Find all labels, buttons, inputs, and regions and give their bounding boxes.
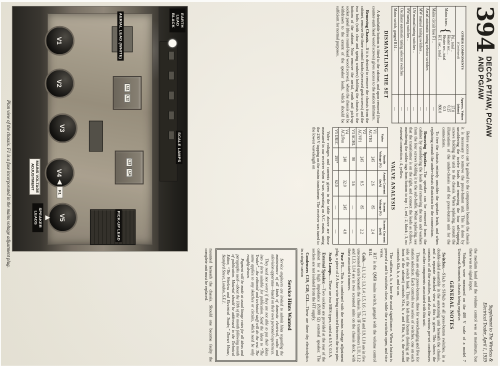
valve-analysis-heading: VALVE ANALYSIS	[390, 127, 396, 244]
service-hints-paragraph: They need not worry if they are not able…	[246, 254, 269, 355]
component-tag: L14	[126, 168, 132, 177]
scale-lamps-paragraph: Scale Lamps.—These are two MES types, ra…	[328, 249, 333, 362]
service-hints-box: Service Hints Wanted Service engineers a…	[215, 249, 297, 362]
other-components-header: OTHER COMPONENTS (Continued)	[455, 6, 465, 94]
removing-speaker-paragraph: Removing Speaker.—The speaker can be rem…	[399, 127, 428, 244]
column-middle: Before access can be gained to the compo…	[309, 127, 470, 244]
title-block: 394 DECCA PT/AW, PC/AW AND PG/AW	[469, 6, 495, 137]
brace-glyph: {	[438, 28, 453, 34]
speaker-arrow-icon	[45, 215, 50, 220]
condensers-paragraph: Condensers C19, C20, C21.—These are thre…	[300, 249, 310, 362]
table-row: SW tuning switches ..—	[405, 6, 411, 123]
mains-voltage-adjustment-label: MAINS VOLTAGE ADJUSTMENT	[29, 159, 40, 196]
service-hints-paragraph: Payment will be made at usual linage rat…	[222, 254, 245, 355]
press-button	[168, 131, 174, 140]
speaker-leads-label: SPEAKER LEADS	[32, 203, 43, 232]
intro-paragraph: Before access can be gained to the compo…	[441, 127, 470, 244]
model-title-line1: DECCA PT/AW, PC/AW	[484, 56, 492, 137]
earth-lead-label: EARTH LEAD BLACK	[170, 8, 186, 32]
model-title-line2: AND PG/AW	[476, 56, 484, 137]
table-row: Mains switch, ganged R14 ..—	[392, 6, 398, 123]
external-speaker-paragraph: External Speaker.—Two sockets are provid…	[311, 249, 325, 362]
if-transformer-1: L11 L12	[113, 76, 142, 110]
column-right: the medium band and the volume control w…	[202, 249, 478, 362]
pickup-lead-label: PICK-UP LEAD	[115, 209, 122, 242]
table-row: Oscillator automatic tuning selector swi…	[398, 6, 404, 123]
table-row: Mains trans. { Pri., total .. Heater sec…	[436, 6, 455, 123]
dismantling-heading: DISMANTLING THE SET	[383, 6, 389, 123]
press-button	[168, 71, 174, 80]
table-row: LW manual tuning switches ..—	[411, 6, 417, 123]
service-hints-paragraph: Service engineers are invited to submit …	[270, 254, 284, 355]
earth-grommet	[168, 39, 176, 47]
table-row: Mains circuit fuse F1 ..—	[430, 6, 436, 123]
dismantling-paragraph: A detachable bottom is fitted to the cab…	[371, 6, 381, 123]
general-notes-heading: GENERAL NOTES	[448, 249, 454, 362]
rotated-page: 394 DECCA PT/AW, PC/AW AND PG/AW Supplem…	[1, 2, 498, 366]
column-left: OTHER COMPONENTS (Continued) Approx. Val…	[333, 6, 466, 123]
removing-chassis-paragraph: Removing Chassis.—If it is desired to re…	[335, 6, 369, 123]
service-hints-heading: Service Hints Wanted	[286, 254, 292, 355]
table-row: V3 AC/HL803.6——	[350, 127, 356, 244]
aerial-lead-label: AERIAL LEAD (WHITE)	[117, 11, 124, 60]
mains-trans-group: Mains trans. { Pri., total .. Heater sec…	[437, 8, 454, 93]
mains-transformer	[90, 209, 136, 245]
table-row: V4 AC2/Pen24032.02454.8	[339, 127, 350, 244]
table-row: Aerial automatic tuning selector switche…	[423, 6, 429, 123]
sheet-number: 394	[474, 6, 495, 52]
valve-v3-marker: V3	[48, 113, 78, 143]
press-button	[168, 111, 174, 120]
f1-label: F1	[57, 186, 64, 198]
switches-paragraph: Switches.—S1a,b to S18a,b are all press-…	[422, 249, 446, 362]
buttons-paragraph: There are eight press-buttons, three for…	[396, 249, 420, 362]
table-row: V1 AC/TH12452.6852.4	[367, 127, 378, 244]
valve-v5-marker: V5	[48, 203, 78, 233]
component-tag: L13	[126, 158, 132, 167]
scale-lamps-label: SCALE LAMPS	[176, 131, 183, 164]
model-title: DECCA PT/AW, PC/AW AND PG/AW	[476, 56, 495, 137]
other-components-table: OTHER COMPONENTS (Continued) Approx. Val…	[392, 6, 467, 123]
avometer-paragraph: Voltages were measured on the 400 V scal…	[457, 249, 467, 362]
table-row: MW manual tuning switches ..—	[417, 6, 423, 123]
press-button	[168, 51, 174, 60]
supplement-line1: Supplement to The Wireless &	[487, 302, 493, 361]
approx-values-header: Approx. Values (ohms)	[455, 95, 465, 123]
valve-voltages-paragraph: Valve voltages and currents given in the…	[311, 127, 330, 244]
table-header-row: OTHER COMPONENTS (Continued) Approx. Val…	[455, 6, 465, 123]
valve-v2-marker: V2	[45, 69, 75, 99]
component-tag: L12	[124, 94, 130, 103]
r17-paragraph: R17 is the QMB mains switch, ganged with…	[368, 249, 378, 362]
if-transformer-2: L13 L14	[115, 151, 144, 185]
f1-arrow-icon	[57, 179, 62, 184]
valve-v1-marker: V1	[45, 26, 75, 56]
coils-paragraph: Coils.—L1, L2 ; L3, L4 ; L5, L6 ; L7, L8…	[346, 249, 365, 362]
runover-paragraph: the medium band and the volume control w…	[468, 249, 478, 362]
table-row: V2 AC/VP12458.5852.2	[356, 127, 367, 244]
valve-analysis-table: Valve Anode Voltage (V) Anode Current (m…	[332, 127, 387, 244]
component-block	[89, 121, 103, 152]
photo-caption: Plan view of the chassis. F1 is a fuse i…	[5, 6, 10, 362]
fuse-paragraph: Fuse F1.—This is combined with the mains…	[335, 249, 345, 362]
component-tag: L11	[124, 83, 130, 91]
chassis-photo: L11 L12 L13 L14 V1 V2 V3 V4 V5 EARTH LEA…	[12, 6, 188, 252]
supplement-line2: Electrical Trader, April 1, 1939	[481, 302, 487, 361]
table-header-row: Valve Anode Voltage (V) Anode Current (m…	[377, 127, 387, 244]
condensers-continuation-paragraph: mounted beneath the chassis. Should one …	[204, 249, 214, 362]
suffixes-paragraph: The suffixes a, b, z have the usual sign…	[379, 249, 393, 362]
free-chassis-paragraph: To free the chassis entirely unsolder th…	[430, 127, 440, 244]
table-row: V5 UR1C295*62.0——	[333, 127, 339, 244]
press-button	[168, 91, 174, 100]
